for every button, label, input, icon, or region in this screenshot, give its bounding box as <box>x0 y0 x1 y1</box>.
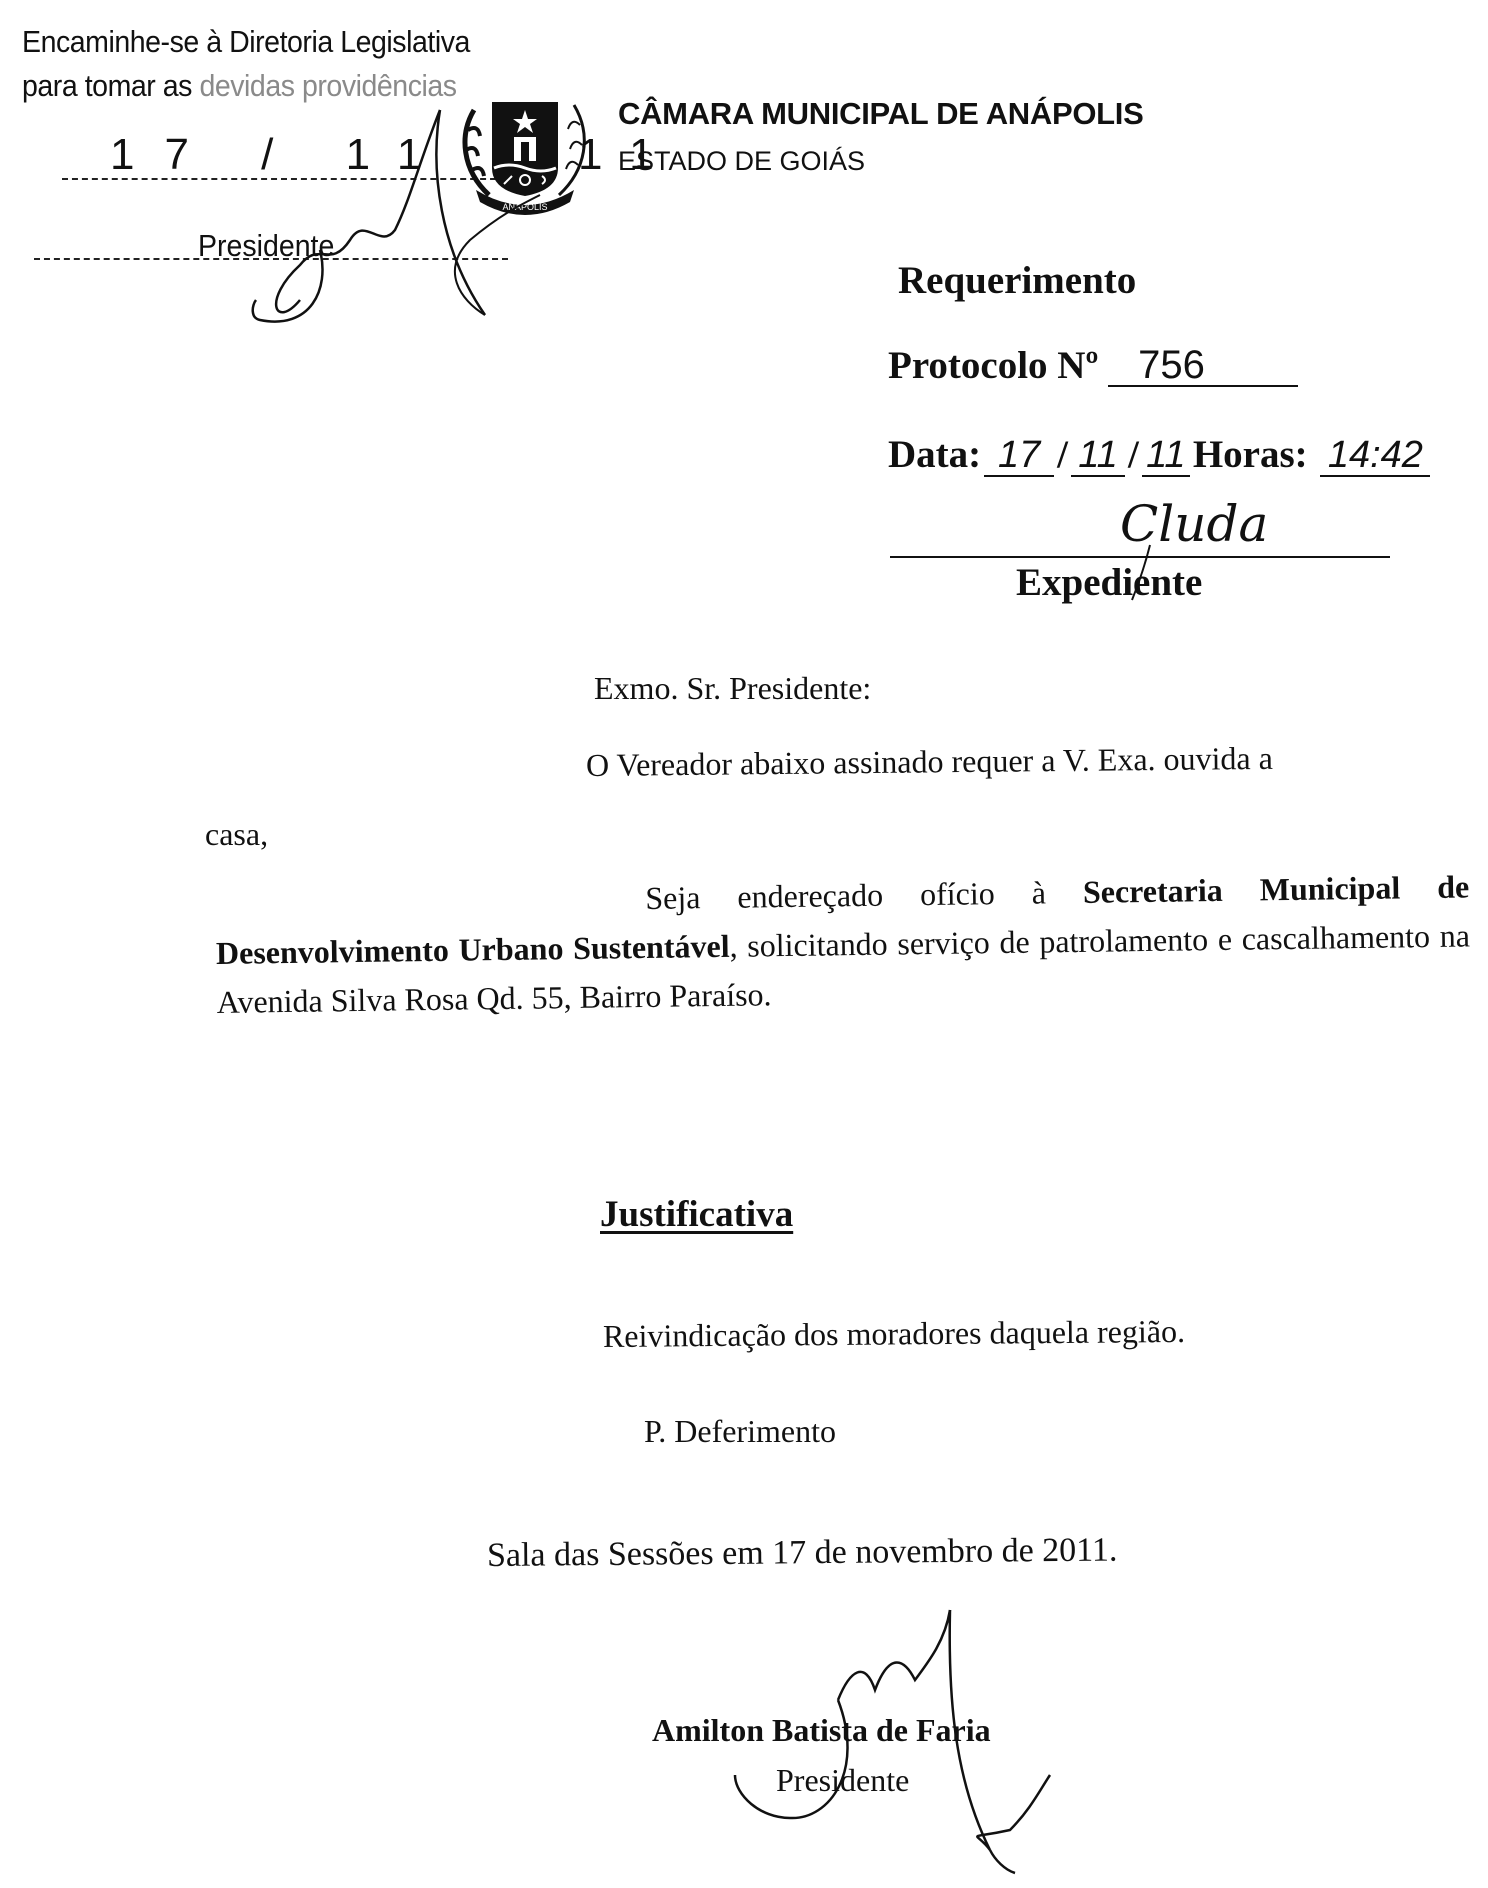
dispatch-date-rule <box>62 178 506 180</box>
protocol-number-field: 756 <box>1108 345 1298 387</box>
protocol-label: Protocolo Nº <box>888 344 1098 387</box>
time-label: Horas: <box>1193 433 1308 476</box>
institution-state: ESTADO DE GOIÁS <box>618 146 865 177</box>
closing-formula: P. Deferimento <box>644 1413 836 1450</box>
session-date-line: Sala das Sessões em 17 de novembro de 20… <box>487 1531 1118 1575</box>
date-year-field: 11 <box>1142 435 1190 477</box>
document-type-title: Requerimento <box>898 258 1136 303</box>
dispatch-instruction-line1: Encaminhe-se à Diretoria Legislativa <box>22 24 470 60</box>
dispatch-role-label: Presidente <box>198 228 334 264</box>
svg-text:ANÁPOLIS: ANÁPOLIS <box>502 202 547 212</box>
dispatch-handwritten-date: 17 / 11 / 11 <box>110 130 684 180</box>
time-field: 14:42 <box>1320 435 1430 477</box>
date-month-field: 11 <box>1071 435 1125 477</box>
request-paragraph: Seja endereçado ofício à Secretaria Muni… <box>215 862 1471 1026</box>
dispatch-instruction-line2: para tomar as devidas providências <box>22 68 457 104</box>
date-time-line: Data:17/11/11Horas: 14:42 <box>888 432 1433 477</box>
salutation: Exmo. Sr. Presidente: <box>594 670 871 707</box>
justification-text: Reivindicação dos moradores daquela regi… <box>603 1313 1185 1355</box>
signer-role: Presidente <box>776 1762 909 1799</box>
expediente-signature-rule <box>890 556 1390 558</box>
intro-line-1: O Vereador abaixo assinado requer a V. E… <box>586 740 1273 784</box>
institution-name: CÂMARA MUNICIPAL DE ANÁPOLIS <box>618 96 1144 132</box>
protocol-line: Protocolo Nº 756 <box>888 343 1298 388</box>
signer-name: Amilton Batista de Faria <box>652 1712 991 1749</box>
date-label: Data: <box>888 433 981 476</box>
expediente-label: Expediente <box>1016 560 1202 605</box>
date-day-field: 17 <box>984 435 1054 477</box>
expediente-initials: Cluda <box>1120 495 1268 553</box>
intro-line-2: casa, <box>205 816 268 853</box>
justification-heading: Justificativa <box>600 1193 793 1236</box>
municipal-coat-of-arms-icon: ANÁPOLIS <box>454 90 594 220</box>
